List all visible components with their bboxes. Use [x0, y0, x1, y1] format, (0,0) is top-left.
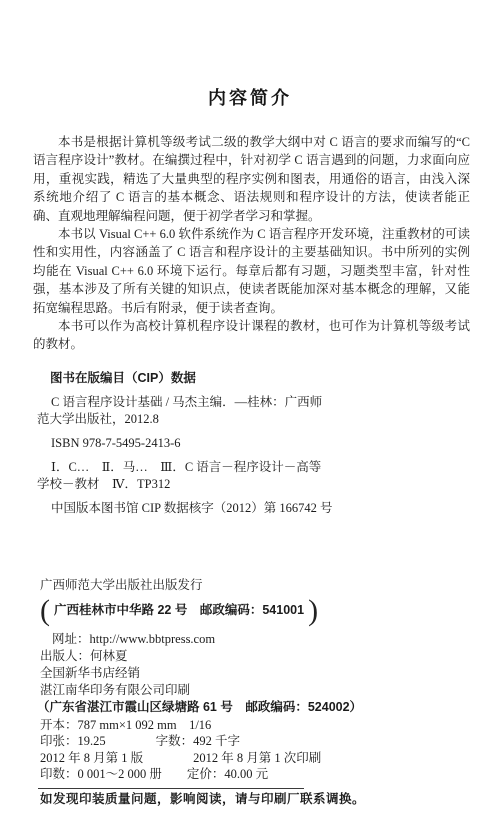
website-url: http://www.bbtpress.com	[90, 632, 216, 646]
cip-heading: 图书在版编目（CIP）数据	[50, 370, 470, 387]
decorative-paren-right: )	[304, 596, 322, 626]
printer-line: 湛江南华印务有限公司印刷	[40, 682, 470, 699]
distribution-line: 全国新华书店经销	[40, 665, 470, 682]
publication-details: 广西师范大学出版社出版发行 ( 广西桂林市中华路 22 号 邮政编码：54100…	[40, 577, 470, 808]
website-label: 网址：	[52, 632, 90, 646]
sheets-words-line: 印张：19.25 字数：492 千字	[40, 733, 470, 750]
quality-notice: 如发现印装质量问题，影响阅读，请与印刷厂联系调换。	[40, 791, 470, 808]
cip-class-line: 学校－教材 Ⅳ．TP312	[37, 476, 470, 493]
website-line: 网址：http://www.bbtpress.com	[40, 631, 470, 648]
publisher-line: 广西师范大学出版社出版发行	[40, 577, 470, 594]
divider-rule	[38, 788, 304, 789]
publisher-person-line: 出版人：何林夏	[40, 648, 470, 665]
cip-registration-line: 中国版本图书馆 CIP 数据核字（2012）第 166742 号	[37, 500, 470, 517]
publisher-address: 广西桂林市中华路 22 号 邮政编码：541001	[54, 602, 304, 619]
book-colophon-page: 内容简介 本书是根据计算机等级考试二级的教学大纲中对 C 语言的要求而编写的“C…	[0, 0, 500, 830]
content-summary-section: 本书是根据计算机等级考试二级的教学大纲中对 C 语言的要求而编写的“C 语言程序…	[33, 133, 470, 354]
cip-classification: Ⅰ．C… Ⅱ．马… Ⅲ．C 语言－程序设计－高等 学校－教材 Ⅳ．TP312	[37, 459, 470, 493]
decorative-paren-left: (	[36, 596, 54, 626]
intro-paragraph-2: 本书以 Visual C++ 6.0 软件系统作为 C 语言程序开发环境，注重教…	[33, 225, 470, 317]
cip-record-line: C 语言程序设计基础 / 马杰主编．—桂林：广西师	[37, 394, 470, 411]
cip-record-line: 范大学出版社，2012.8	[37, 411, 470, 428]
page-title: 内容简介	[0, 0, 500, 110]
format-spec-line: 开本：787 mm×1 092 mm 1/16	[40, 717, 470, 734]
intro-paragraph-1: 本书是根据计算机等级考试二级的教学大纲中对 C 语言的要求而编写的“C 语言程序…	[33, 133, 470, 225]
edition-line: 2012 年 8 月第 1 版 2012 年 8 月第 1 次印刷	[40, 750, 470, 767]
isbn-line: ISBN 978-7-5495-2413-6	[37, 435, 470, 452]
printer-address: （广东省湛江市霞山区绿塘路 61 号 邮政编码：524002）	[37, 699, 470, 716]
cip-record: C 语言程序设计基础 / 马杰主编．—桂林：广西师 范大学出版社，2012.8	[37, 394, 470, 428]
printrun-price-line: 印数：0 001～2 000 册 定价：40.00 元	[40, 766, 470, 783]
cip-data-block: 图书在版编目（CIP）数据 C 语言程序设计基础 / 马杰主编．—桂林：广西师 …	[37, 370, 470, 517]
cip-class-line: Ⅰ．C… Ⅱ．马… Ⅲ．C 语言－程序设计－高等	[37, 459, 470, 476]
publisher-address-row: ( 广西桂林市中华路 22 号 邮政编码：541001 )	[36, 596, 470, 626]
intro-paragraph-3: 本书可以作为高校计算机程序设计课程的教材，也可作为计算机等级考试的教材。	[33, 317, 470, 354]
